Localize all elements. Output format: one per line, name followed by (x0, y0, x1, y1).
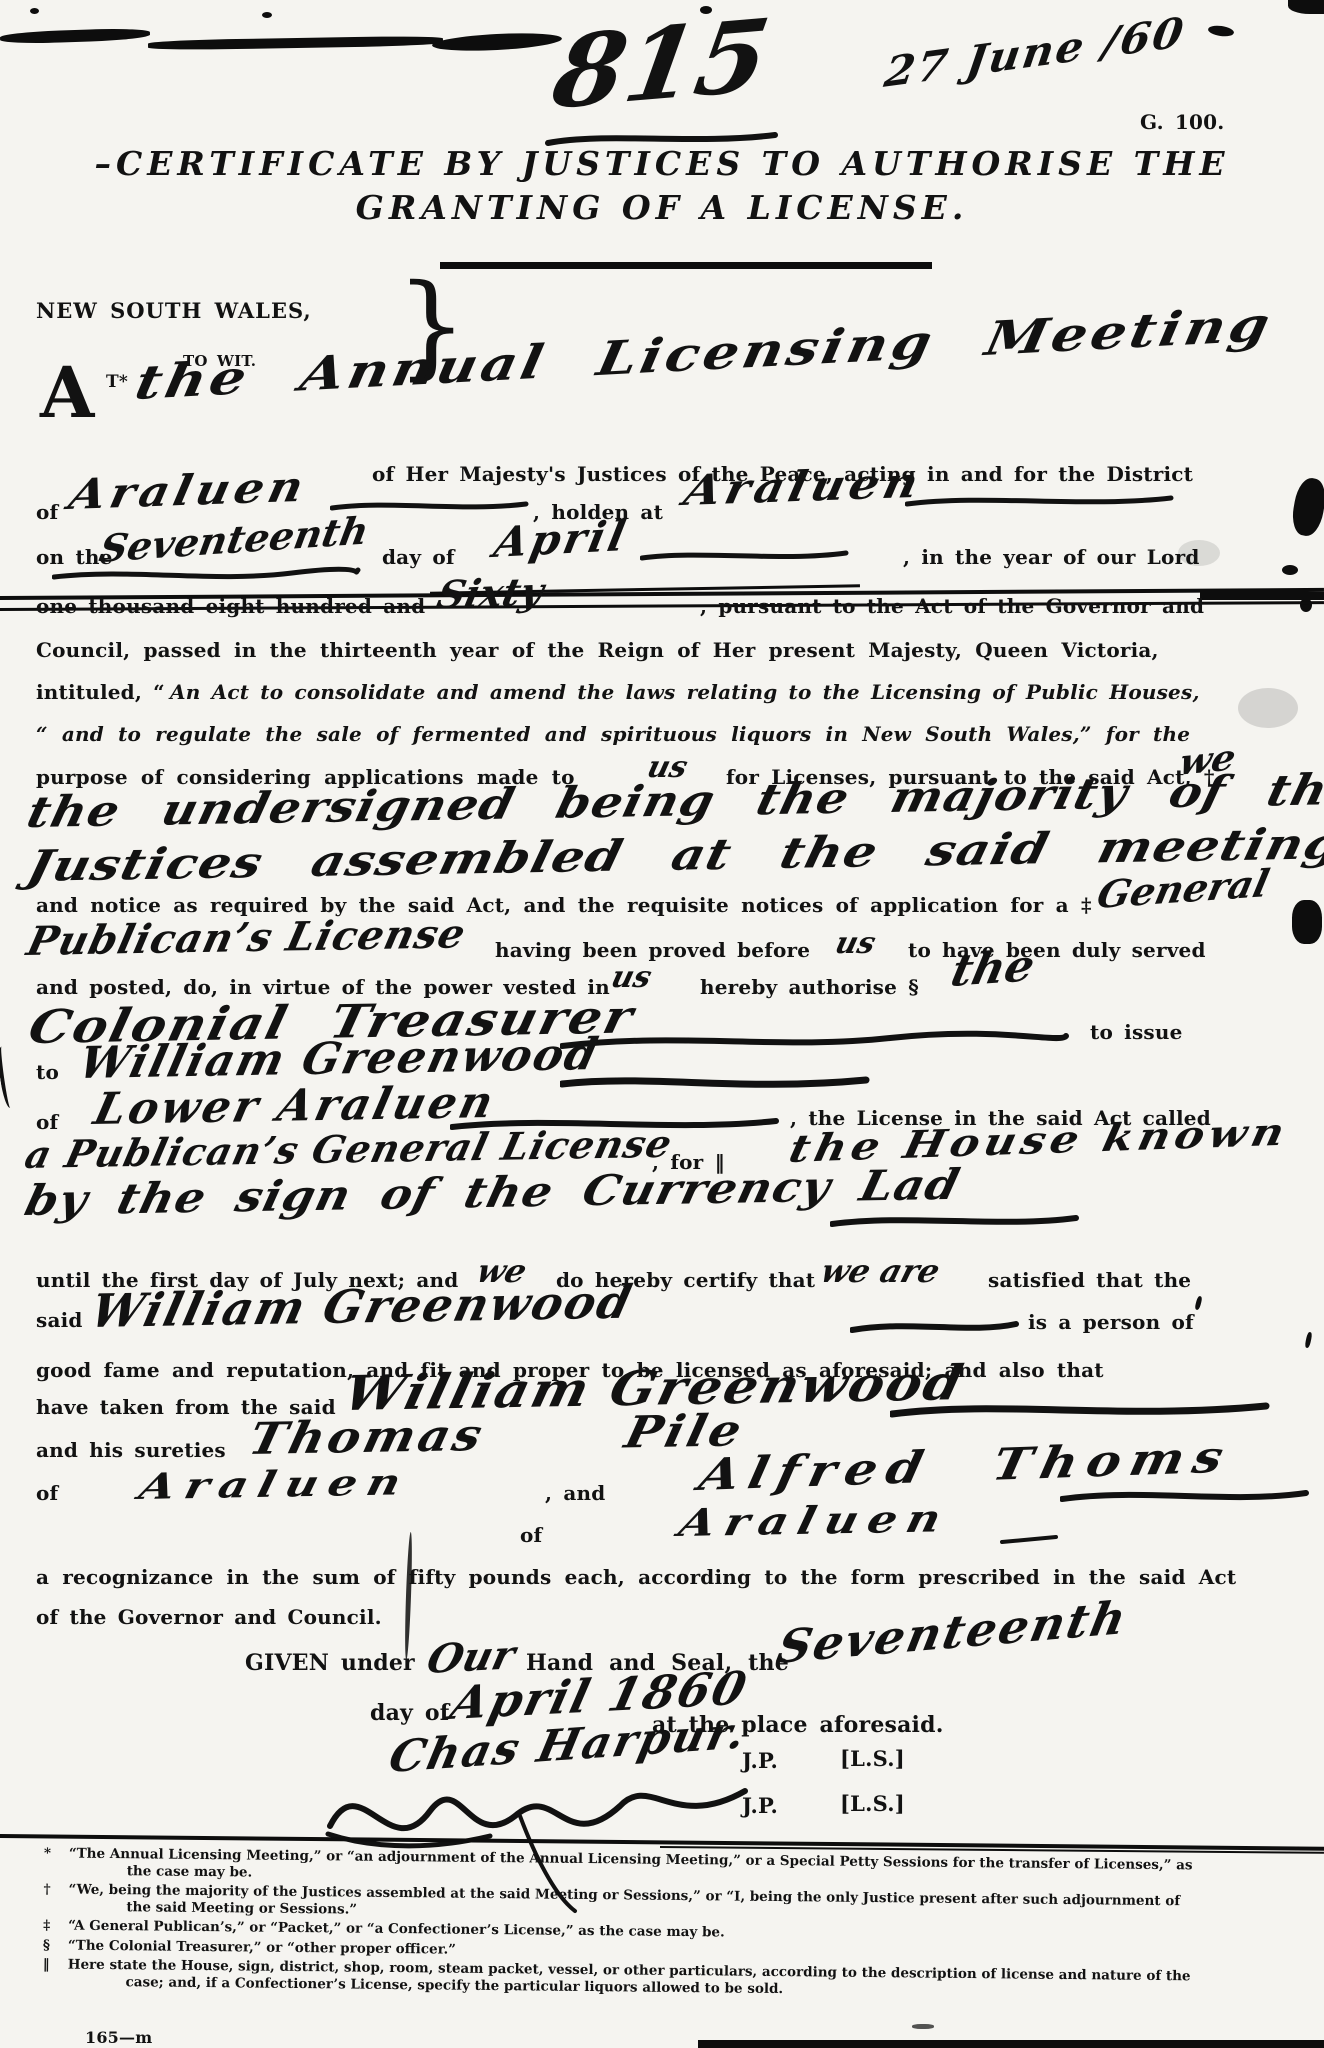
hw-surety-1: Thomas Pile (244, 1405, 749, 1465)
form-number: G. 100. (1140, 110, 1224, 134)
scan-artifact-right-spot-1 (1282, 565, 1298, 575)
hw-we-are: we are (817, 1252, 945, 1290)
footnote-5-marker: ‖ (43, 1956, 50, 1973)
of-label-3: of (36, 1481, 58, 1505)
scan-artifact-top-right-wedge (1288, 0, 1324, 14)
having-label: having been proved before (495, 938, 810, 962)
to-issue-label: to issue (1090, 1020, 1183, 1044)
strike-line-4 (1200, 592, 1324, 600)
scan-artifact-top-streak-3 (432, 31, 563, 54)
intituled-line: intituled, “ An Act to consolidate and a… (36, 680, 1200, 704)
scan-smudge-right-1 (1238, 688, 1298, 728)
ref-number: 815 (545, 0, 777, 132)
authorise-label: hereby authorise § (700, 975, 919, 999)
person-label: is a person of (1028, 1310, 1194, 1334)
title-line-2: GRANTING OF A LICENSE. (0, 188, 1324, 227)
jurisdiction: NEW SOUTH WALES, (36, 298, 312, 323)
scan-artifact-top-streak-1 (0, 27, 150, 44)
scan-artifact-top-dot-2 (262, 12, 272, 18)
footnote-2-marker: † (43, 1881, 50, 1898)
filing-date: 27 June /60 (881, 8, 1188, 97)
scan-artifact-vertical-squiggle (404, 1532, 413, 1660)
scan-artifact-top-streak-2 (148, 35, 443, 50)
sureties-label: and his sureties (36, 1438, 226, 1462)
footnote-4-marker: § (43, 1937, 50, 1954)
hw-surety-2: Alfred Thoms (695, 1432, 1237, 1501)
scan-artifact-left-paren (0, 1045, 18, 1108)
hw-given-day: Seventeenth (773, 1590, 1133, 1674)
scan-artifact-right-spot-2 (1300, 598, 1312, 612)
day-of-label-2: day of (370, 1700, 449, 1726)
hw-district: Araluen (65, 462, 312, 519)
scan-artifact-right-blob-2 (1292, 900, 1322, 944)
hw-licensee-2: William Greenwood (86, 1275, 639, 1338)
given-label: GIVEN under (245, 1650, 415, 1676)
footnote-4-text: “The Colonial Treasurer,” or “other prop… (68, 1937, 456, 1957)
ls-label-2: [L.S.] (840, 1791, 905, 1816)
ls-label-1: [L.S.] (840, 1746, 905, 1771)
scan-artifact-top-dot-4 (1207, 24, 1234, 38)
officer-flourish (560, 1030, 1070, 1052)
hw-day: Seventeenth (96, 508, 372, 571)
of-label-1: of (36, 500, 58, 524)
governor-line: of the Governor and Council. (36, 1605, 382, 1629)
year-lord-label: , in the year of our Lord (903, 545, 1200, 569)
licensee-flourish (560, 1072, 870, 1094)
drop-cap: A (40, 358, 94, 428)
duly-label: to have been duly served (908, 938, 1206, 962)
footnotes: * “The Annual Licensing Meeting,” or “an… (10, 1845, 1201, 2004)
footnote-3-marker: ‡ (43, 1917, 50, 1934)
to-label: to (36, 1060, 59, 1084)
hw-holden-place: Araluen (680, 458, 927, 515)
house-flourish (830, 1212, 1080, 1230)
scan-artifact-right-blob-1 (1289, 476, 1324, 538)
title-rule (440, 262, 932, 269)
intituled-label: intituled, “ (36, 680, 165, 704)
act-title-2: “ and to regulate the sale of fermented … (36, 722, 1190, 746)
satisfied-label: satisfied that the (988, 1268, 1191, 1292)
printer-imprint: 165—m (85, 2028, 152, 2047)
hw-surety-1-place: Araluen (135, 1461, 415, 1508)
jp-label-1: J.P. (742, 1748, 778, 1773)
hw-year: Sixty (433, 568, 548, 617)
scan-artifact-tick-2 (1304, 1332, 1312, 1349)
scan-artifact-bottom-bar (698, 2040, 1324, 2048)
recognizance-line: a recognizance in the sum of fifty pound… (36, 1565, 1236, 1589)
certificate-document: 815 27 June /60 G. 100. –CERTIFICATE BY … (0, 0, 1324, 2048)
licensee-2-flourish (850, 1318, 1020, 1336)
hw-the: the (946, 940, 1039, 996)
pursuant-label: , pursuant to the Act of the Governor an… (700, 594, 1204, 618)
and-label: , and (545, 1481, 605, 1505)
holden-flourish (905, 492, 1175, 510)
of-label-4: of (520, 1523, 542, 1547)
thousand-label: one thousand eight hundred and (36, 594, 425, 618)
surety-2-place-dash (1000, 1534, 1060, 1546)
day-of-label: day of (382, 545, 455, 569)
drop-cap-note: T* (106, 372, 128, 392)
scan-artifact-top-dot-1 (30, 8, 39, 14)
footnote-1-marker: * (44, 1845, 51, 1862)
scan-artifact-bottom-mark (912, 2024, 934, 2029)
surety-2-flourish (1060, 1486, 1310, 1506)
council-line: Council, passed in the thirteenth year o… (36, 638, 1159, 662)
jp-label-2: J.P. (742, 1793, 778, 1818)
notice-label: and notice as required by the said Act, … (36, 893, 1092, 917)
hw-surety-2-place: Araluen (675, 1495, 955, 1545)
scan-artifact-tick-1 (1194, 1296, 1202, 1311)
hw-license-kind-2: Publican’s License (23, 910, 471, 965)
hw-month: April (490, 511, 632, 567)
act-title-1: An Act to consolidate and amend the laws… (170, 680, 1200, 704)
hw-us-2: us (832, 926, 879, 961)
title-line-1: –CERTIFICATE BY JUSTICES TO AUTHORISE TH… (0, 144, 1324, 183)
footnote-3-text: “A General Publican’s,” or “Packet,” or … (68, 1918, 725, 1941)
month-flourish (640, 548, 850, 564)
said-label: said (36, 1308, 83, 1332)
of-label-2: of (36, 1110, 58, 1134)
